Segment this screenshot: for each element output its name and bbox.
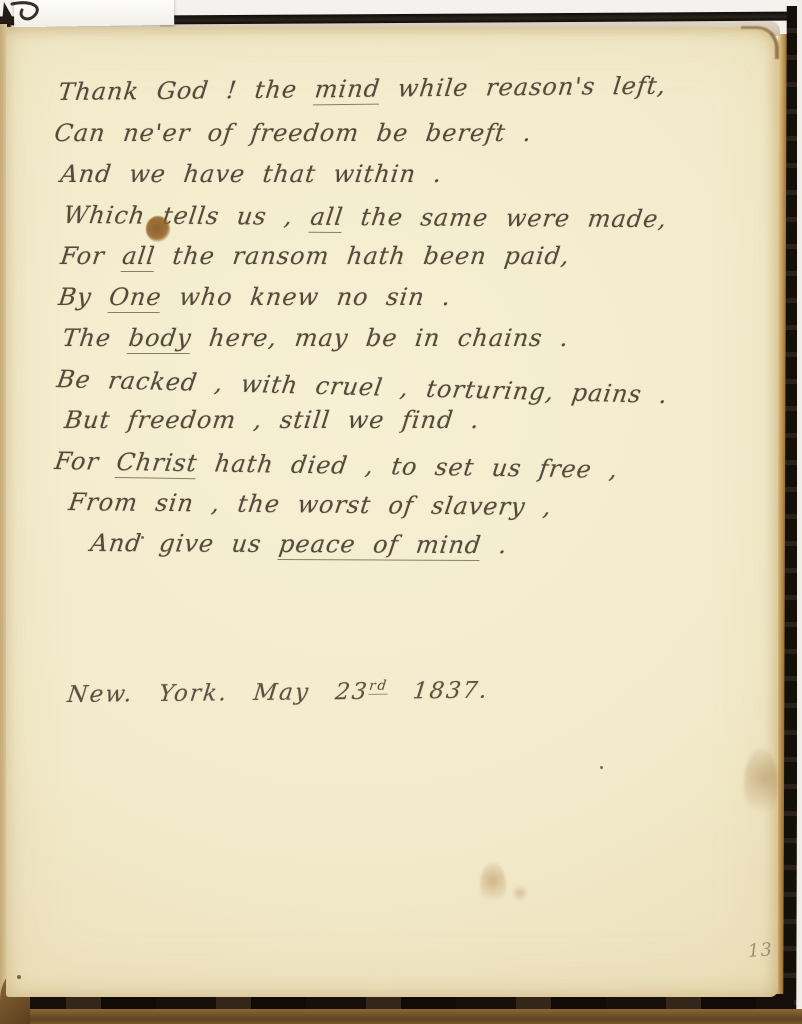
handwriting-segment: For — [53, 447, 119, 476]
handwriting-segment: peace of mind — [277, 530, 483, 561]
handwriting-segment: One — [107, 283, 163, 313]
foxing-stain — [480, 862, 506, 908]
poem-line: But freedom , still we find . — [62, 400, 767, 441]
poem: Thank God ! the mind while reason's left… — [52, 72, 762, 564]
poem-line: And we have that within . — [58, 154, 767, 195]
foxing-stain — [512, 884, 528, 902]
book-cover-bottom-edge — [0, 1009, 802, 1024]
page-number: 13 — [747, 939, 773, 962]
handwriting-segment: By — [57, 283, 111, 311]
scanned-album-page: Thank God ! the mind while reason's left… — [0, 0, 802, 1024]
handwriting-segment: all — [309, 203, 346, 233]
date-line: New. York. May 23rd 1837. — [66, 678, 490, 708]
poem-line: And give us peace of mind . — [88, 523, 767, 568]
handwriting-segment: For — [59, 242, 124, 270]
handwriting-segment: the ransom hath been paid, — [153, 242, 571, 270]
paper-speck — [600, 766, 603, 769]
poem-line: The body here, may be in chains . — [60, 318, 767, 359]
poem-line: Can ne'er of freedom be bereft . — [52, 113, 767, 154]
handwriting-segment: Can ne'er of freedom be bereft . — [53, 119, 534, 147]
handwriting-segment: who knew no sin . — [160, 283, 453, 311]
poem-line: By One who knew no sin . — [56, 277, 767, 318]
paper-speck — [17, 975, 21, 979]
handwriting-segment: Which tells us , — [62, 201, 313, 231]
handwriting-segment: The — [61, 324, 131, 352]
handwriting-segment: New. York. May 23 — [66, 679, 370, 708]
handwriting-segment: all — [121, 242, 157, 272]
handwriting-segment: Christ — [114, 448, 199, 479]
ink-blot-stain — [146, 216, 170, 242]
handwriting-segment: 1837. — [386, 678, 490, 705]
foxing-stain — [744, 748, 778, 822]
handwriting-segment: mind — [313, 75, 382, 106]
handwriting-segment: And we have that within . — [59, 160, 444, 188]
handwriting-segment: body — [127, 324, 193, 354]
paper-speck — [141, 536, 144, 539]
poem-line: For all the ransom hath been paid, — [58, 236, 767, 277]
handwriting-segment: rd — [368, 679, 389, 695]
handwriting-segment: hath died , to set us free , — [196, 449, 621, 484]
handwriting-segment: while reason's left, — [379, 72, 668, 103]
handwriting-segment: From sin , the worst of slavery , — [67, 488, 554, 521]
poem-line: Thank God ! the mind while reason's left… — [56, 65, 767, 113]
handwriting-segment: the same were made, — [341, 203, 668, 233]
handwriting-segment: Thank God ! the — [57, 75, 317, 106]
handwriting-segment: But freedom , still we find . — [63, 406, 482, 434]
handwriting-segment: And give us — [89, 529, 281, 558]
handwriting-segment: . — [480, 531, 510, 559]
scan-background-sliver — [797, 0, 802, 1024]
handwriting-segment: here, may be in chains . — [190, 324, 571, 352]
